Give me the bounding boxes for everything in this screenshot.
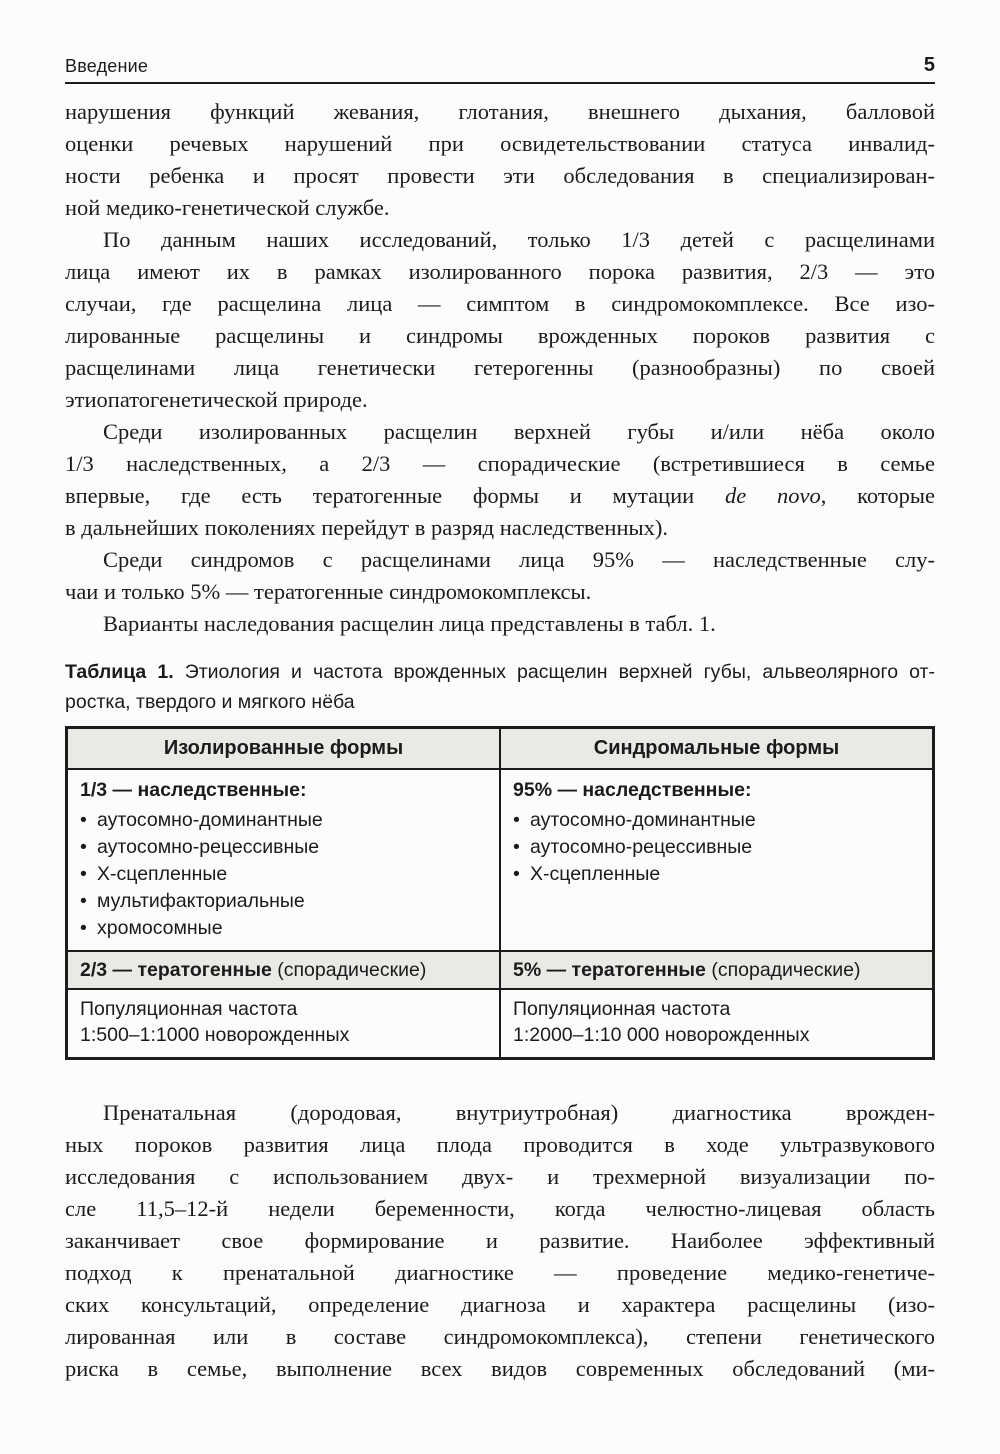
- column-header-isolated-forms: Изолированные формы: [67, 728, 501, 770]
- etiology-table: Изолированные формы Синдромальные формы …: [65, 726, 935, 1060]
- text-line: сле 11,5–12-й недели беременности, когда…: [65, 1193, 935, 1225]
- text-line: чаи и только 5% — тератогенные синдромок…: [65, 576, 935, 608]
- text-line: лированная или в составе синдромокомплек…: [65, 1321, 935, 1353]
- text-line: Варианты наследования расщелин лица пред…: [65, 608, 935, 640]
- text-segment: впервые, где есть тератогенные формы и м…: [65, 483, 725, 508]
- column-header-syndromic-forms: Синдромальные формы: [500, 728, 934, 770]
- text-line: ной медико-генетической службе.: [65, 192, 935, 224]
- paragraph-isolated-clefts: Среди изолированных расщелин верхней губ…: [65, 416, 935, 544]
- page-number: 5: [924, 54, 935, 77]
- list-item-label: аутосомно-доминантные: [97, 807, 323, 834]
- running-head: Введение: [65, 56, 148, 77]
- cell-text: 1:500–1:1000 новорожденных: [80, 1022, 487, 1048]
- text-line: лица имеют их в рамках изолированного по…: [65, 256, 935, 288]
- table-row-inherited: 1/3 — наследственные: •аутосомно-доминан…: [67, 769, 934, 951]
- cell-text: Популяционная частота: [513, 996, 920, 1022]
- cell-heading: 95% — наследственные:: [513, 777, 920, 804]
- paragraph-research-data: По данным наших исследований, только 1/3…: [65, 224, 935, 416]
- list-item: •мультифакториальные: [80, 888, 487, 915]
- table-header-row: Изолированные формы Синдромальные формы: [67, 728, 934, 770]
- cell-heading: 5% — тератогенные: [513, 959, 706, 981]
- cell-text: 1:2000–1:10 000 новорожденных: [513, 1022, 920, 1048]
- paragraph-prenatal-diagnostics: Пренатальная (дородовая, внутриутробная)…: [65, 1097, 935, 1385]
- text-line: заканчивает свое формирование и развитие…: [65, 1225, 935, 1257]
- bullet-icon: •: [80, 915, 97, 942]
- cell-heading: 2/3 — тератогенные: [80, 959, 272, 981]
- paragraph-continued: нарушения функций жевания, глотания, вне…: [65, 96, 935, 224]
- body-text-after-table: Пренатальная (дородовая, внутриутробная)…: [65, 1097, 935, 1385]
- cell-frequency-isolated: Популяционная частота 1:500–1:1000 новор…: [67, 989, 501, 1059]
- text-line: риска в семье, выполнение всех видов сов…: [65, 1353, 935, 1385]
- bullet-icon: •: [80, 888, 97, 915]
- cell-inherited-syndromic: 95% — наследственные: •аутосомно-доминан…: [500, 769, 934, 951]
- text-line: расщелинами лица генетически гетерогенны…: [65, 352, 935, 384]
- text-line: случаи, где расщелина лица — симптом в с…: [65, 288, 935, 320]
- cell-teratogenic-isolated: 2/3 — тератогенные (спорадические): [67, 951, 501, 989]
- list-item-label: аутосомно-рецессивные: [530, 834, 752, 861]
- cell-teratogenic-syndromic: 5% — тератогенные (спорадические): [500, 951, 934, 989]
- list-item: •аутосомно-доминантные: [513, 807, 920, 834]
- text-line: нарушения функций жевания, глотания, вне…: [65, 96, 935, 128]
- bullet-list: •аутосомно-доминантные •аутосомно-рецесс…: [513, 807, 920, 888]
- book-page: Введение 5 нарушения функций жевания, гл…: [0, 0, 1000, 1454]
- list-item-label: мультифакториальные: [97, 888, 305, 915]
- paragraph-table-reference: Варианты наследования расщелин лица пред…: [65, 608, 935, 640]
- list-item-label: аутосомно-доминантные: [530, 807, 756, 834]
- text-line: По данным наших исследований, только 1/3…: [65, 224, 935, 256]
- bullet-icon: •: [513, 861, 530, 888]
- text-segment: , которые: [821, 483, 935, 508]
- list-item-label: Х-сцепленные: [530, 861, 660, 888]
- text-line: Среди изолированных расщелин верхней губ…: [65, 416, 935, 448]
- body-text: нарушения функций жевания, глотания, вне…: [65, 96, 935, 640]
- text-line: Пренатальная (дородовая, внутриутробная)…: [65, 1097, 935, 1129]
- text-line: ности ребенка и просят провести эти обсл…: [65, 160, 935, 192]
- text-line: этиопатогенетической природе.: [65, 384, 935, 416]
- bullet-icon: •: [80, 861, 97, 888]
- caption-line: ростка, твердого и мягкого нёба: [65, 687, 935, 717]
- text-line: подход к пренатальной диагностике — пров…: [65, 1257, 935, 1289]
- cell-text: (спорадические): [272, 959, 427, 981]
- list-item-label: хромосомные: [97, 915, 223, 942]
- bullet-list: •аутосомно-доминантные •аутосомно-рецесс…: [80, 807, 487, 942]
- latin-term-de-novo: de novo: [725, 483, 821, 508]
- bullet-icon: •: [80, 807, 97, 834]
- table-row-teratogenic: 2/3 — тератогенные (спорадические) 5% — …: [67, 951, 934, 989]
- cell-frequency-syndromic: Популяционная частота 1:2000–1:10 000 но…: [500, 989, 934, 1059]
- list-item-label: аутосомно-рецессивные: [97, 834, 319, 861]
- text-line: Среди синдромов с расщелинами лица 95% —…: [65, 544, 935, 576]
- text-line: лированные расщелины и синдромы врожденн…: [65, 320, 935, 352]
- table-caption: Таблица 1. Этиология и частота врожденны…: [65, 657, 935, 717]
- text-line: 1/3 наследственных, а 2/3 — спорадически…: [65, 448, 935, 480]
- list-item: •Х-сцепленные: [80, 861, 487, 888]
- bullet-icon: •: [513, 807, 530, 834]
- table-caption-label: Таблица 1.: [65, 661, 174, 683]
- cell-text: Популяционная частота: [80, 996, 487, 1022]
- list-item: •хромосомные: [80, 915, 487, 942]
- text-line: ских консультаций, определение диагноза …: [65, 1289, 935, 1321]
- paragraph-syndromes: Среди синдромов с расщелинами лица 95% —…: [65, 544, 935, 608]
- page-header: Введение 5: [65, 54, 935, 84]
- list-item: •Х-сцепленные: [513, 861, 920, 888]
- bullet-icon: •: [80, 834, 97, 861]
- list-item: •аутосомно-рецессивные: [80, 834, 487, 861]
- table-row-frequency: Популяционная частота 1:500–1:1000 новор…: [67, 989, 934, 1059]
- list-item: •аутосомно-рецессивные: [513, 834, 920, 861]
- text-line: оценки речевых нарушений при освидетельс…: [65, 128, 935, 160]
- text-line: ных пороков развития лица плода проводит…: [65, 1129, 935, 1161]
- cell-heading: 1/3 — наследственные:: [80, 777, 487, 804]
- caption-line: Таблица 1. Этиология и частота врожденны…: [65, 657, 935, 687]
- caption-text: Этиология и частота врожденных расщелин …: [174, 661, 935, 683]
- text-line: в дальнейших поколениях перейдут в разря…: [65, 512, 935, 544]
- bullet-icon: •: [513, 834, 530, 861]
- text-line: впервые, где есть тератогенные формы и м…: [65, 480, 935, 512]
- list-item-label: Х-сцепленные: [97, 861, 227, 888]
- list-item: •аутосомно-доминантные: [80, 807, 487, 834]
- cell-text: (спорадические): [706, 959, 861, 981]
- text-line: исследования с использованием двух- и тр…: [65, 1161, 935, 1193]
- cell-inherited-isolated: 1/3 — наследственные: •аутосомно-доминан…: [67, 769, 501, 951]
